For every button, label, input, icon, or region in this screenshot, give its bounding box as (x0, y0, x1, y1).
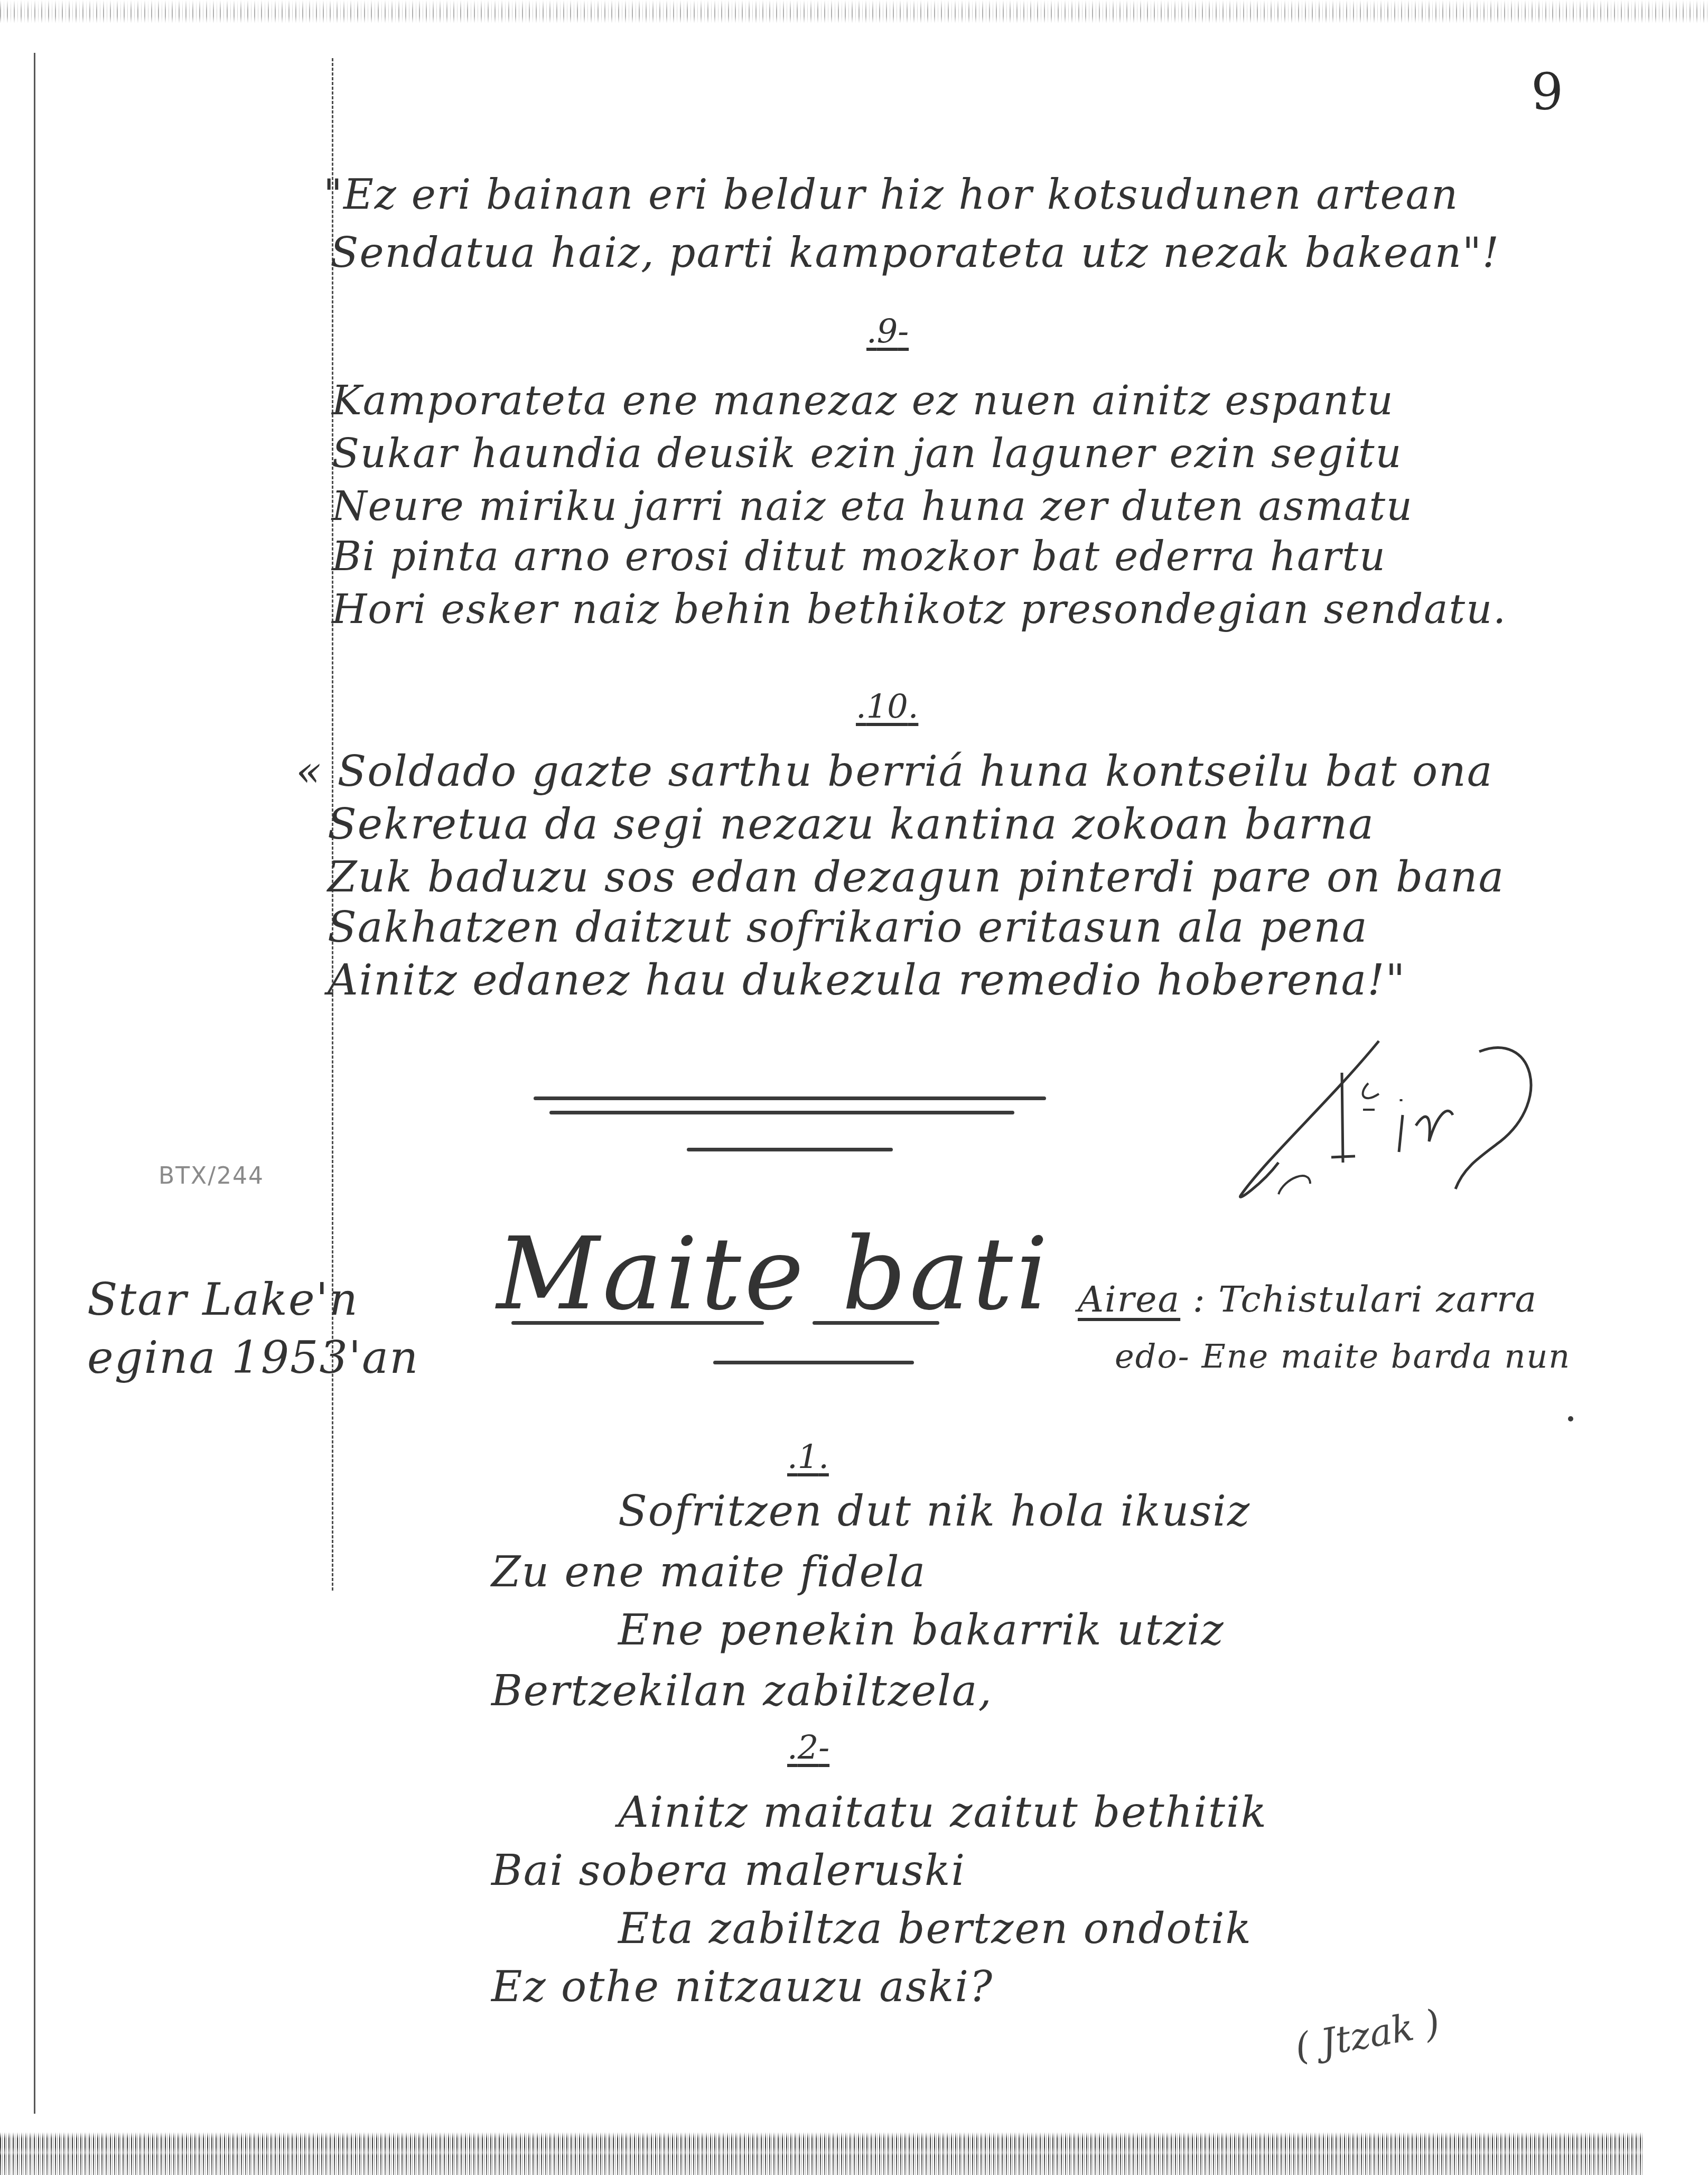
author-signature (1205, 1036, 1548, 1205)
stanza-number-9: .9- (866, 312, 909, 350)
verse-line: « Soldado gazte sarthu berriá huna konts… (296, 750, 1493, 793)
scan-noise-bottom (0, 2132, 1643, 2175)
title-underline (511, 1321, 764, 1325)
scan-noise-top (0, 0, 1708, 23)
aria-line-2: edo- Ene maite barda nun (1115, 1337, 1571, 1375)
verse-line: Sakhatzen daitzut sofrikario eritasun al… (328, 906, 1368, 949)
poem-title: Maite bati (497, 1215, 1051, 1332)
stanza-number-2: .2- (787, 1728, 829, 1767)
closing-line-2: Sendatua haiz, parti kamporateta utz nez… (330, 233, 1500, 274)
verse-line: Hori esker naiz behin bethikotz presonde… (332, 589, 1507, 629)
stanza-number-1: .1. (787, 1437, 829, 1476)
aria-line-1: Airea : Tchistulari zarra (1078, 1279, 1537, 1321)
verse-line: Kamporateta ene manezaz ez nuen ainitz e… (332, 380, 1394, 421)
verse-line: Ainitz maitatu zaitut bethitik (618, 1791, 1267, 1834)
verse-line: Bai sobera maleruski (491, 1849, 966, 1892)
verse-line: Bertzekilan zabiltzela, (491, 1670, 993, 1712)
title-underline (713, 1361, 914, 1364)
continuation-note: ( Jtzak ) (1292, 2001, 1443, 2069)
separator-line (534, 1096, 1046, 1100)
stanza-number-10: .10. (856, 687, 918, 726)
page-number: 9 (1531, 62, 1563, 122)
verse-line: Neure miriku jarri naiz eta huna zer dut… (332, 486, 1413, 526)
verse-line: Ene penekin bakarrik utziz (618, 1609, 1225, 1651)
aria-tune-1: Tchistulari zarra (1218, 1279, 1537, 1321)
aria-colon: : (1193, 1279, 1206, 1321)
separator-line (549, 1111, 1014, 1114)
aria-tune-2: Ene maite barda nun (1201, 1337, 1571, 1375)
verse-line: Ainitz edanez hau dukezula remedio hober… (328, 959, 1406, 1001)
title-underline (813, 1321, 939, 1325)
ink-speck (1568, 1416, 1573, 1421)
date-note: egina 1953'an (87, 1332, 419, 1383)
separator-line (687, 1148, 893, 1151)
verse-line: Sofritzen dut nik hola ikusiz (618, 1490, 1250, 1532)
left-edge-rule (34, 53, 35, 2114)
closing-line-1: "Ez eri bainan eri beldur hiz hor kotsud… (323, 174, 1459, 216)
aria-label: Airea (1078, 1279, 1180, 1321)
verse-line: Ez othe nitzauzu aski? (491, 1966, 993, 2008)
place-note: Star Lake'n (87, 1274, 359, 1325)
verse-line: Zu ene maite fidela (491, 1551, 926, 1593)
verse-line: Sekretua da segi nezazu kantina zokoan b… (328, 803, 1375, 845)
aria-or: edo- (1115, 1337, 1190, 1375)
verse-line: Zuk baduzu sos edan dezagun pinterdi par… (328, 856, 1505, 898)
verse-line: Bi pinta arno erosi ditut mozkor bat ede… (332, 536, 1386, 577)
verse-line: Eta zabiltza bertzen ondotik (618, 1908, 1252, 1950)
archive-code: BTX/244 (158, 1163, 264, 1189)
verse-line: Sukar haundia deusik ezin jan laguner ez… (332, 433, 1402, 473)
